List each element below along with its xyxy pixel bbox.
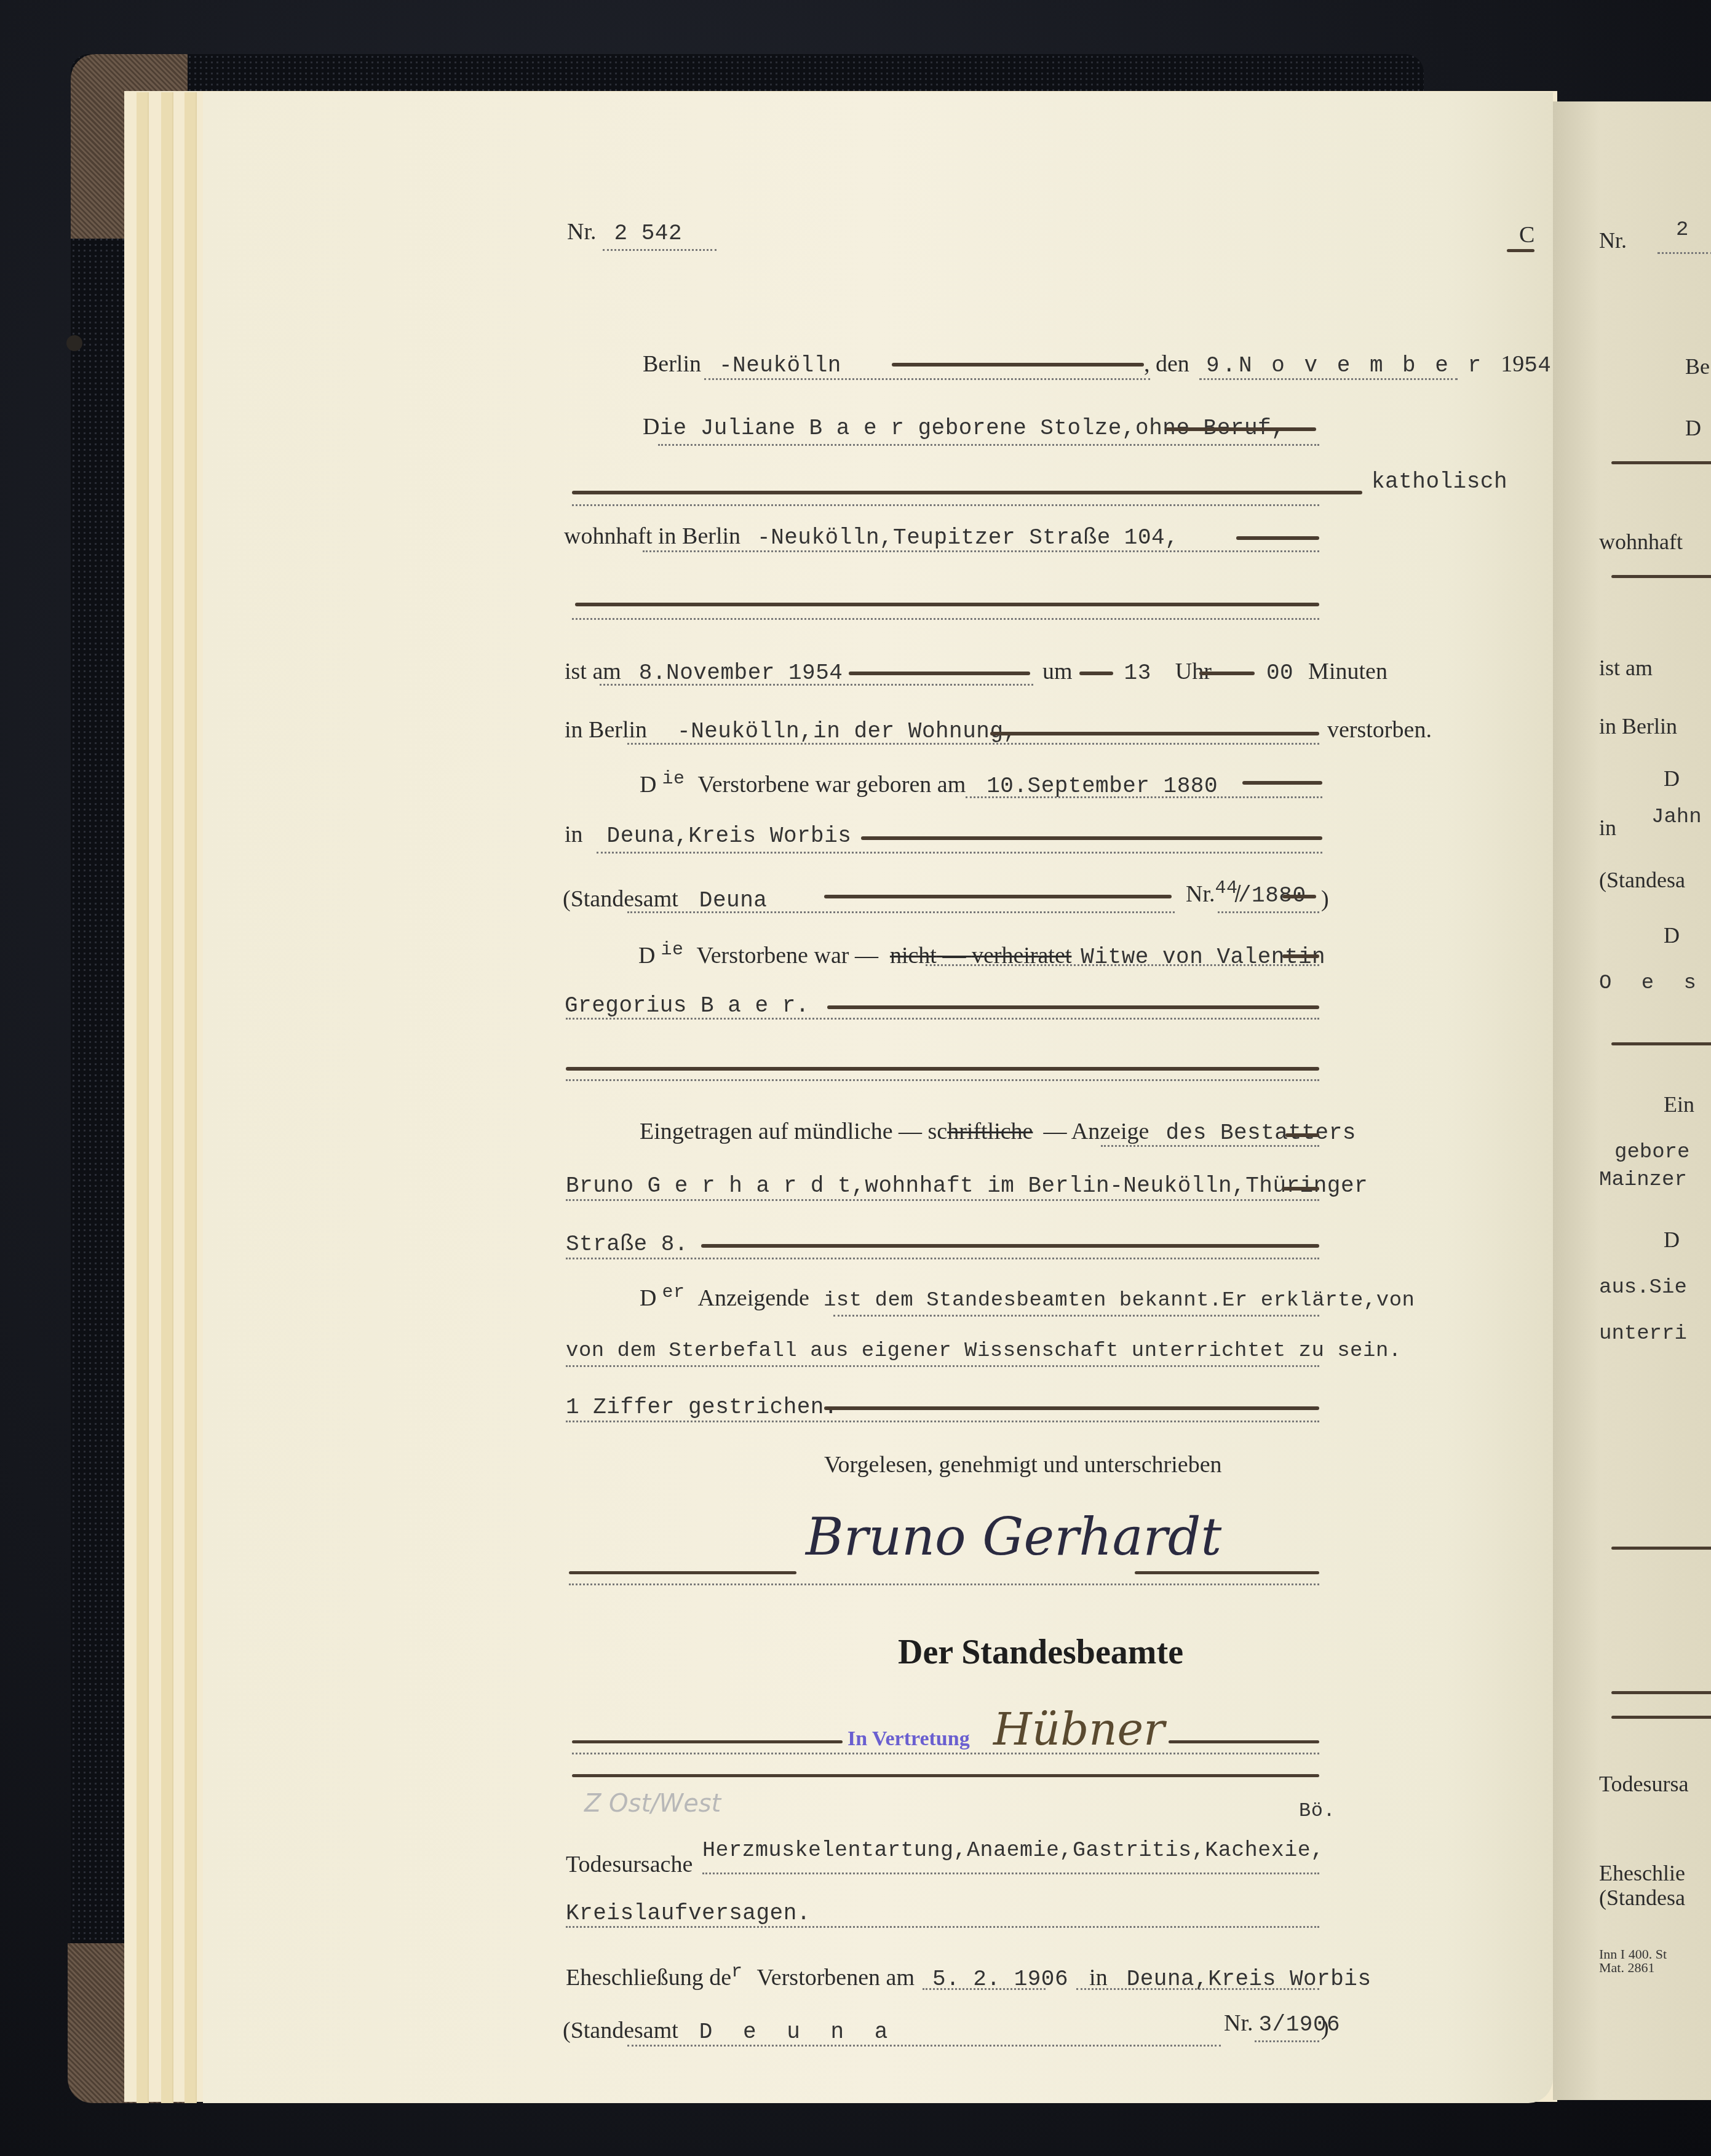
- fill-line: [1165, 427, 1316, 431]
- underline: [566, 1079, 1319, 1081]
- np-line: D: [1685, 415, 1701, 441]
- page-edge: [161, 92, 173, 2103]
- signature-line: [572, 1740, 843, 1743]
- underline: [627, 911, 1175, 913]
- hour-label: um: [1042, 659, 1073, 684]
- fill-line: [1236, 536, 1319, 540]
- place-value: -Neukölln: [719, 353, 841, 378]
- underline: [603, 249, 717, 251]
- typist-initials: Bö.: [1299, 1799, 1335, 1822]
- register-number: 2 542: [614, 221, 683, 246]
- fill-line: [892, 363, 1144, 367]
- report-value-2: Bruno G e r h a r d t,wohnhaft im Berlin…: [566, 1173, 1368, 1199]
- religion-row: katholisch: [1372, 467, 1507, 494]
- fill-line: [1282, 1187, 1319, 1191]
- fill-line: [572, 491, 1362, 494]
- page-edge: [185, 92, 197, 2103]
- np-nr-value: 2: [1676, 218, 1688, 242]
- registrar-stamp-row: In Vertretung: [848, 1725, 970, 1751]
- read-approved-text: Vorgelesen, genehmigt und unterschrieben: [824, 1452, 1222, 1478]
- birth-nr-sup: 44: [1215, 878, 1238, 899]
- underline: [597, 852, 1322, 854]
- close-paren: ): [1321, 2014, 1329, 2041]
- typist-initials-row: Bö.: [1299, 1796, 1335, 1822]
- register-number-row: Nr. 2 542: [567, 218, 682, 246]
- birth-nr-label: Nr.: [1186, 881, 1215, 907]
- signature-line: [1135, 1571, 1319, 1574]
- year-suffix: 54: [1524, 353, 1551, 378]
- np-line: in Berlin: [1599, 713, 1677, 739]
- birth-prefix: D: [640, 772, 656, 798]
- np-line: (Standesa: [1599, 1885, 1685, 1911]
- fill-line: [1611, 1691, 1711, 1694]
- np-line: Todesursa: [1599, 1771, 1688, 1797]
- pencil-note: Z Ost/West: [584, 1789, 721, 1818]
- cause-row-2: Kreislaufversagen.: [566, 1899, 811, 1926]
- np-typed: aus.Sie: [1599, 1276, 1687, 1299]
- marriage-label-2: Verstorbenen am: [757, 1965, 915, 1991]
- marriage-nr-label: Nr.: [1224, 2010, 1253, 2036]
- birth-office: Deuna: [699, 888, 768, 913]
- report-row-2: Bruno G e r h a r d t,wohnhaft im Berlin…: [566, 1171, 1368, 1199]
- death-place-row: in Berlin -Neukölln,in der Wohnung,: [565, 716, 1017, 744]
- birth-place-label: in: [565, 822, 583, 847]
- birth-sup: ie: [662, 769, 685, 790]
- informant-value-1: ist dem Standesbeamten bekannt.Er erklär…: [824, 1289, 1415, 1312]
- residence-value: -Neukölln,Teupitzer Straße 104,: [757, 525, 1178, 550]
- np-typed: Jahn: [1651, 806, 1702, 829]
- np-line: D: [1664, 766, 1680, 791]
- report-row-3: Straße 8.: [566, 1230, 688, 1257]
- informant-signature: Bruno Gerhardt: [806, 1507, 1221, 1567]
- death-date-value: 8.November 1954: [639, 660, 843, 686]
- underline: [966, 796, 1322, 798]
- birth-date: 10.September 1880: [987, 774, 1218, 799]
- underline: [1076, 1988, 1319, 1990]
- signature-line: [569, 1571, 796, 1574]
- marriage-row: Eheschließung der Verstorbenen am 5. 2. …: [566, 1962, 1372, 1992]
- correction-note: 1 Ziffer gestrichen.: [566, 1395, 838, 1420]
- read-approved-row: Vorgelesen, genehmigt und unterschrieben: [824, 1451, 1222, 1478]
- np-typed: Mainzer: [1599, 1168, 1687, 1192]
- marriage-office-label: (Standesamt: [563, 2018, 678, 2043]
- np-typed: gebore: [1614, 1141, 1689, 1164]
- death-place-label: in Berlin: [565, 717, 647, 743]
- form-footer-2: Mat. 2861: [1599, 1960, 1654, 1976]
- np-line: wohnhaft: [1599, 529, 1683, 555]
- report-label-2: — Anzeige: [1043, 1119, 1149, 1144]
- struck-schriftliche: hriftliche: [947, 1119, 1033, 1144]
- birth-office-row: (Standesamt Deuna: [563, 886, 767, 913]
- np-line: in: [1599, 815, 1616, 841]
- marital-value-2: Gregorius B a e r.: [565, 993, 809, 1018]
- marriage-office-row: (Standesamt D e u n a: [563, 2017, 896, 2045]
- date-row: , den 9.N o v e m b e r 1954: [1144, 351, 1551, 378]
- fill-line: [1611, 1042, 1711, 1045]
- series-letter: C: [1519, 222, 1534, 248]
- minute-label: Minuten: [1308, 659, 1387, 684]
- informant-row-2: von dem Sterbefall aus eigener Wissensch…: [566, 1336, 1402, 1363]
- paren: ): [1321, 2015, 1329, 2040]
- death-date-row: ist am 8.November 1954: [565, 658, 843, 686]
- underline: [566, 1365, 1319, 1367]
- fill-line: [1611, 1716, 1711, 1719]
- place-date-row: Berlin -Neukölln: [643, 351, 841, 378]
- underline: [572, 618, 1319, 620]
- np-line: D: [1664, 1227, 1680, 1253]
- report-value-1: des Bestatters: [1165, 1120, 1356, 1146]
- np-line: Be: [1685, 354, 1710, 379]
- death-date-label: ist am: [565, 659, 621, 684]
- fill-line: [1282, 895, 1316, 898]
- fill-line: [1611, 1547, 1711, 1550]
- informant-value-2: von dem Sterbefall aus eigener Wissensch…: [566, 1339, 1402, 1363]
- np-line: D: [1664, 922, 1680, 948]
- residence-row: wohnhaft in Berlin -Neukölln,Teupitzer S…: [564, 523, 1178, 550]
- fill-line: [849, 672, 1030, 675]
- marital-row-2: Gregorius B a e r.: [565, 991, 809, 1018]
- hour-value: 13: [1124, 660, 1151, 686]
- birth-office-label: (Standesamt: [563, 886, 678, 912]
- death-place-value: -Neukölln,in der Wohnung,: [677, 719, 1017, 744]
- date-value: 9.N o v e m b e r: [1206, 353, 1484, 378]
- underline: [926, 964, 1319, 966]
- marital-sup: ie: [661, 940, 683, 961]
- underline: [600, 684, 1033, 686]
- birth-nr-row: Nr.44̸/1880: [1186, 878, 1306, 908]
- np-line: Ein: [1664, 1092, 1694, 1117]
- report-row: Eingetragen auf mündliche — schriftliche…: [640, 1118, 1356, 1146]
- registrar-stamp: In Vertretung: [848, 1727, 970, 1750]
- informant-prefix: D: [640, 1285, 656, 1311]
- fill-line: [701, 1244, 1319, 1248]
- underline: [566, 1018, 1319, 1020]
- underline: [572, 504, 1319, 506]
- cause-value-1: Herzmuskelentartung,Anaemie,Gastritis,Ka…: [702, 1838, 1324, 1863]
- underline: [566, 1258, 1319, 1259]
- underline: [1218, 911, 1319, 913]
- fill-line: [861, 836, 1322, 840]
- cause-label: Todesursache: [566, 1852, 693, 1877]
- underline: [1101, 1145, 1319, 1147]
- underline: [569, 1583, 1319, 1585]
- registrar-signature: Hübner: [993, 1703, 1165, 1755]
- birth-label: Verstorbene war geboren am: [697, 772, 966, 798]
- fill-line: [1282, 954, 1319, 958]
- fill-line: [1242, 781, 1322, 785]
- informant-sup: er: [662, 1282, 685, 1303]
- marriage-in-label: in: [1089, 1965, 1108, 1991]
- fill-line: [824, 1406, 1319, 1410]
- birth-row: D ie Verstorbene war geboren am 10.Septe…: [640, 769, 1218, 799]
- marriage-office: D e u n a: [699, 2019, 896, 2045]
- underline: [572, 1753, 1319, 1754]
- page-edge: [137, 92, 149, 2103]
- marriage-label-1: Eheschließung de: [566, 1965, 731, 1991]
- birth-place-row: in Deuna,Kreis Worbis: [565, 821, 851, 849]
- underline: [566, 1421, 1319, 1422]
- birth-place: Deuna,Kreis Worbis: [607, 823, 852, 849]
- np-line: ist am: [1599, 655, 1653, 681]
- underline: [833, 1315, 1319, 1317]
- underline: [1507, 249, 1534, 252]
- cause-value-row: Herzmuskelentartung,Anaemie,Gastritis,Ka…: [702, 1836, 1324, 1863]
- np-nr-label: Nr.: [1599, 228, 1627, 253]
- np-typed: unterri: [1599, 1322, 1687, 1346]
- underline: [1199, 378, 1458, 380]
- underline: [1657, 252, 1711, 254]
- cover-stud: [66, 335, 82, 351]
- separator-line: [572, 1774, 1319, 1777]
- registrar-heading: Der Standesbeamte: [898, 1633, 1183, 1672]
- cause-value-2: Kreislaufversagen.: [566, 1901, 811, 1926]
- deceased-prefix: D: [643, 414, 659, 440]
- paren: ): [1321, 886, 1329, 912]
- fill-line: [1285, 1133, 1319, 1137]
- minute-value: 00: [1266, 660, 1293, 686]
- report-value-3: Straße 8.: [566, 1232, 688, 1257]
- underline: [643, 550, 1319, 552]
- informant-row: D er Anzeigende ist dem Standesbeamten b…: [640, 1282, 1415, 1312]
- facing-page: Nr. 2 Be D wohnhaft ist am in Berlin D i…: [1553, 101, 1711, 2100]
- register-page: Nr. 2 542 C Berlin -Neukölln , den 9.N o…: [203, 92, 1553, 2103]
- underline: [1255, 2040, 1319, 2042]
- marriage-sup: r: [731, 1962, 743, 1983]
- informant-label: Anzeigende: [697, 1285, 809, 1311]
- nr-label: Nr.: [567, 219, 597, 245]
- fill-line: [1199, 672, 1255, 675]
- marital-label: Verstorbene war —: [696, 943, 878, 969]
- np-line: Eheschlie: [1599, 1860, 1685, 1886]
- date-label: , den: [1144, 351, 1189, 377]
- fill-line: [1611, 575, 1711, 578]
- underline: [702, 1873, 1319, 1874]
- cause-row: Todesursache: [566, 1851, 693, 1878]
- underline: [627, 2045, 1221, 2047]
- underline: [923, 1988, 1046, 1990]
- fill-line: [1611, 461, 1711, 464]
- report-label-1: Eingetragen auf mündliche — sc: [640, 1119, 947, 1144]
- residence-label: wohnhaft in Berlin: [564, 523, 740, 549]
- died-label-row: verstorben.: [1327, 716, 1432, 743]
- fill-line: [990, 732, 1319, 735]
- underline: [704, 378, 1150, 380]
- correction-row: 1 Ziffer gestrichen.: [566, 1393, 838, 1420]
- fill-line: [575, 603, 1319, 606]
- signature-line: [1169, 1740, 1319, 1743]
- fill-line: [824, 895, 1172, 898]
- religion-value: katholisch: [1372, 469, 1507, 494]
- series-letter-row: C: [1519, 221, 1534, 248]
- year-prefix: 19: [1501, 351, 1524, 377]
- underline: [658, 444, 1319, 446]
- underline: [566, 1199, 1319, 1201]
- close-paren: ): [1321, 886, 1329, 913]
- underline: [566, 1926, 1319, 1928]
- underline: [627, 743, 1319, 745]
- place-label: Berlin: [643, 351, 701, 377]
- died-label: verstorben.: [1327, 717, 1432, 743]
- fill-line: [566, 1067, 1319, 1071]
- fill-line: [827, 1005, 1319, 1009]
- np-typed: O e s t: [1599, 972, 1711, 995]
- marital-prefix: D: [638, 943, 655, 969]
- np-line: (Standesa: [1599, 867, 1685, 893]
- fill-line: [1079, 672, 1113, 675]
